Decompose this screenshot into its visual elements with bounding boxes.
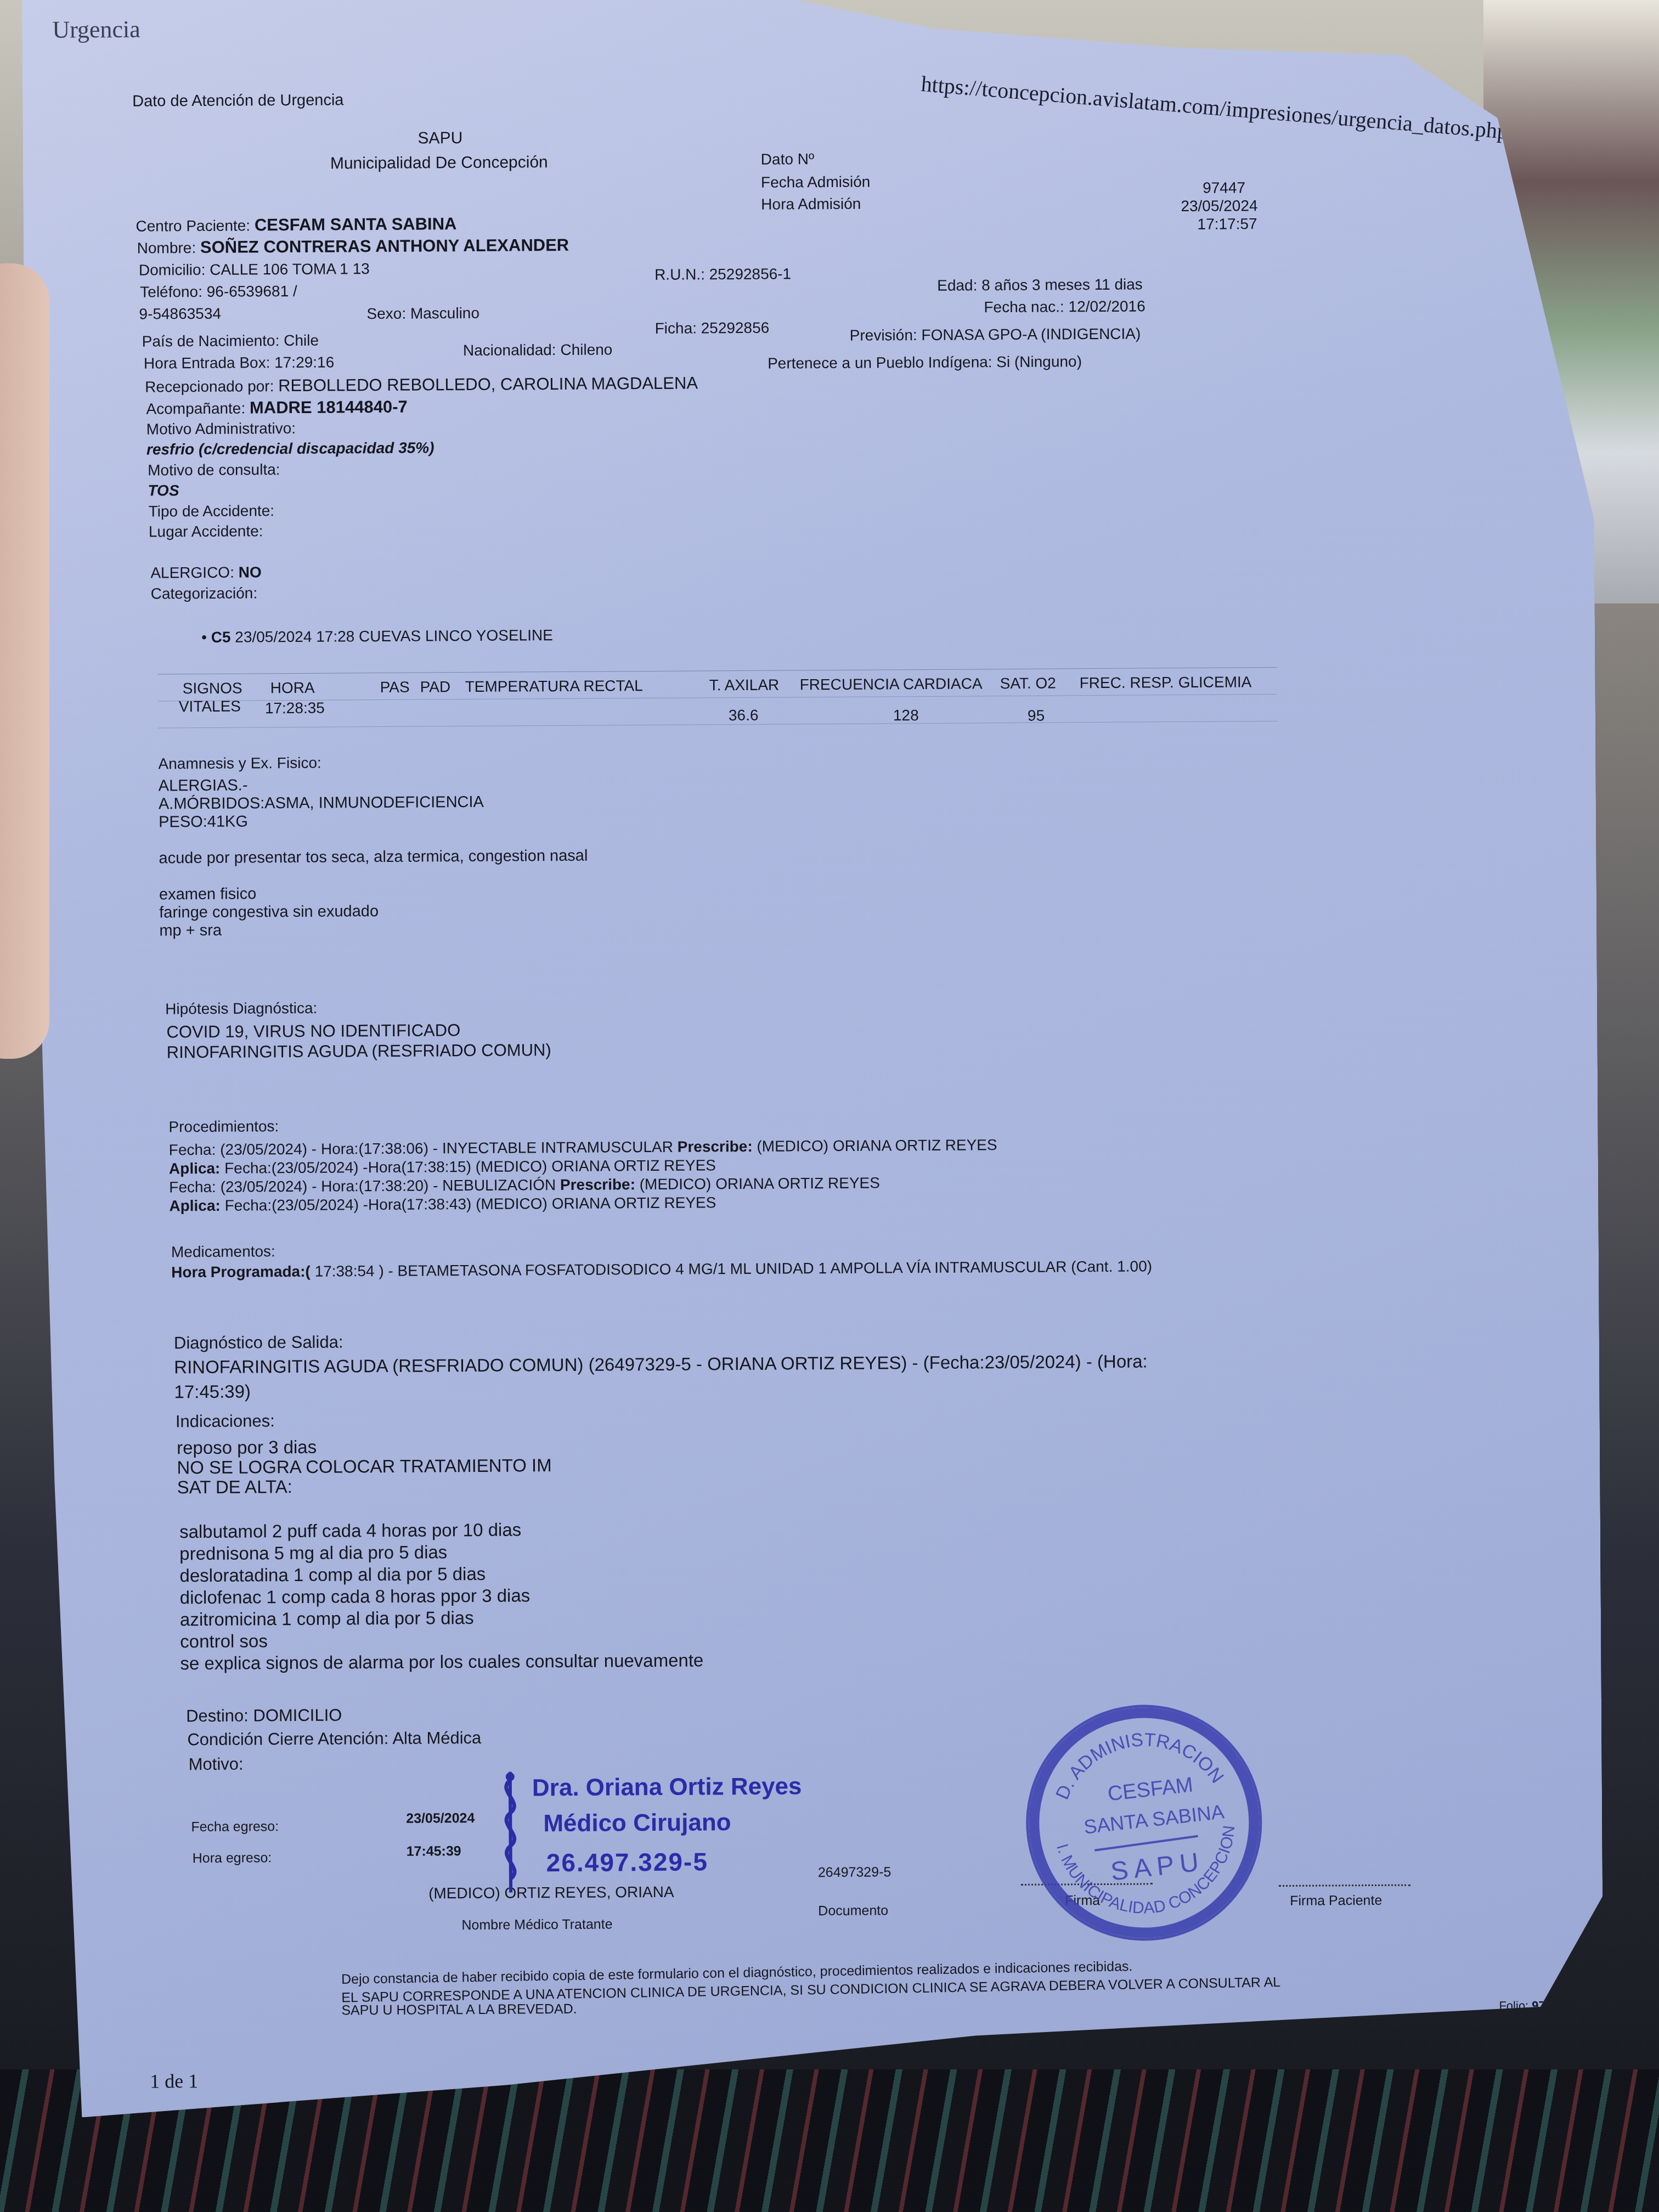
sexo-value: Masculino bbox=[410, 304, 479, 322]
text-line: mp + sra bbox=[159, 922, 222, 940]
firma-paciente-line bbox=[1279, 1884, 1410, 1887]
print-header-url: https://tconcepcion.avislatam.com/impres… bbox=[920, 71, 1509, 144]
text-line: faringe congestiva sin exudado bbox=[159, 902, 379, 922]
categorizacion-code: C5 bbox=[211, 629, 231, 646]
institution-name: SAPU bbox=[417, 129, 462, 148]
acompanante-value: MADRE 18144840-7 bbox=[250, 397, 408, 417]
motivo-consulta-value: TOS bbox=[148, 482, 179, 500]
pueblo-value: Si (Ninguno) bbox=[996, 353, 1082, 370]
sexo-label: Sexo: bbox=[366, 305, 406, 322]
hora-admision-label: Hora Admisión bbox=[761, 195, 861, 213]
text-line: prednisona 5 mg al dia pro 5 dias bbox=[179, 1542, 447, 1564]
centro-label: Centro Paciente: bbox=[136, 217, 250, 234]
categorizacion-item: • C5 23/05/2024 17:28 CUEVAS LINCO YOSEL… bbox=[201, 627, 553, 646]
vitals-col-pad: PAD bbox=[420, 678, 451, 696]
vitals-col-temp-rectal: TEMPERATURA RECTAL bbox=[465, 677, 643, 696]
print-header-title: Urgencia bbox=[52, 16, 140, 44]
text-line: PESO:41KG bbox=[159, 813, 248, 832]
vitals-col-sat-o2: SAT. O2 bbox=[1000, 675, 1056, 693]
text-line: A.MÓRBIDOS:ASMA, INMUNODEFICIENCIA bbox=[159, 793, 484, 814]
telefono-label: Teléfono: bbox=[140, 283, 202, 301]
dato-value: 97447 bbox=[1203, 179, 1245, 197]
text-line: diclofenac 1 comp cada 8 horas ppor 3 di… bbox=[180, 1585, 531, 1608]
fecha-nac-value: 12/02/2016 bbox=[1068, 298, 1145, 315]
emergency-report-sheet: Urgencia https://tconcepcion.avislatam.c… bbox=[22, 0, 1604, 2118]
recepcionado-value: REBOLLEDO REBOLLEDO, CAROLINA MAGDALENA bbox=[278, 373, 698, 395]
document-subtitle: Dato de Atención de Urgencia bbox=[132, 91, 344, 111]
recepcionado-label: Recepcionado por: bbox=[145, 377, 274, 395]
destino-value: DOMICILIO bbox=[253, 1705, 342, 1725]
pais-label: País de Nacimiento: bbox=[142, 332, 280, 350]
tipo-accidente-label: Tipo de Accidente: bbox=[149, 502, 275, 521]
prevision-value: FONASA GPO-A (INDIGENCIA) bbox=[921, 325, 1141, 343]
documento-value: 26497329-5 bbox=[818, 1864, 891, 1881]
page-indicator: 1 de 1 bbox=[150, 2070, 198, 2093]
anamnesis-label: Anamnesis y Ex. Fisico: bbox=[158, 754, 321, 773]
vitals-sat-o2: 95 bbox=[1028, 707, 1045, 725]
hipotesis-line-1: COVID 19, VIRUS NO IDENTIFICADO bbox=[166, 1020, 460, 1042]
procedimiento-line: Aplica: Fecha:(23/05/2024) -Hora(17:38:1… bbox=[169, 1156, 716, 1177]
hipotesis-line-2: RINOFARINGITIS AGUDA (RESFRIADO COMUN) bbox=[167, 1040, 551, 1062]
edad-value: 8 años 3 meses 11 dias bbox=[981, 276, 1143, 294]
firma-paciente-label: Firma Paciente bbox=[1290, 1893, 1382, 1909]
footer-line-3: SAPU U HOSPITAL A LA BREVEDAD. bbox=[341, 2001, 577, 2018]
run-value: 25292856-1 bbox=[709, 265, 792, 283]
text-line: reposo por 3 dias bbox=[177, 1437, 317, 1458]
fecha-nac-label: Fecha nac.: bbox=[984, 298, 1064, 315]
text-line: desloratadina 1 comp al dia por 5 dias bbox=[179, 1564, 486, 1586]
text-line: NO SE LOGRA COLOCAR TRATAMIENTO IM bbox=[177, 1455, 552, 1478]
print-timestamp: 23-05-2024, 17:44 bbox=[1447, 2034, 1611, 2060]
run-label: R.U.N.: bbox=[654, 266, 705, 283]
fecha-admision-label: Fecha Admisión bbox=[761, 173, 870, 191]
folio-label: Folio: bbox=[1499, 1999, 1528, 2012]
vitals-col-pas: PAS bbox=[380, 679, 410, 696]
text-line: se explica signos de alarma por los cual… bbox=[180, 1650, 703, 1674]
procedimiento-line: Aplica: Fecha:(23/05/2024) -Hora(17:38:4… bbox=[169, 1194, 716, 1215]
diagnostico-salida-label: Diagnóstico de Salida: bbox=[174, 1332, 343, 1353]
diagnostico-salida-line-2: 17:45:39) bbox=[174, 1381, 251, 1403]
acompanante-label: Acompañante: bbox=[146, 400, 245, 417]
alergico-label: ALERGICO: bbox=[150, 564, 234, 582]
vitals-col-signos: SIGNOS bbox=[183, 680, 242, 698]
caduceus-icon bbox=[494, 1769, 527, 1895]
folio-value: 97447 bbox=[1532, 1999, 1565, 2012]
nacionalidad-value: Chileno bbox=[560, 341, 612, 358]
cesfam-seal-stamp: D. ADMINISTRACION I. MUNICIPALIDAD CONCE… bbox=[1014, 1692, 1274, 1953]
text-line: salbutamol 2 puff cada 4 horas por 10 di… bbox=[179, 1519, 521, 1542]
motivo-consulta-label: Motivo de consulta: bbox=[148, 461, 280, 479]
medico-tratante-label: Nombre Médico Tratante bbox=[461, 1916, 612, 1933]
vitals-col-glicemia: GLICEMIA bbox=[1178, 673, 1252, 691]
domicilio-value: CALLE 106 TOMA 1 13 bbox=[210, 260, 370, 278]
text-line: examen fisico bbox=[159, 885, 257, 904]
fecha-egreso-label: Fecha egreso: bbox=[191, 1819, 279, 1835]
lugar-accidente-label: Lugar Accidente: bbox=[149, 522, 263, 540]
edad-label: Edad: bbox=[937, 276, 977, 294]
nacionalidad-label: Nacionalidad: bbox=[463, 341, 556, 359]
hora-box-value: 17:29:16 bbox=[274, 354, 334, 371]
vitals-t-axilar: 36.6 bbox=[729, 707, 759, 724]
categorizacion-text: 23/05/2024 17:28 CUEVAS LINCO YOSELINE bbox=[235, 627, 553, 646]
medicamentos-label: Medicamentos: bbox=[171, 1243, 275, 1261]
dato-label: Dato Nº bbox=[761, 150, 815, 168]
ficha-value: 25292856 bbox=[701, 319, 770, 337]
vital-signs-table: SIGNOS HORA PAS PAD TEMPERATURA RECTAL T… bbox=[158, 667, 1278, 728]
vitals-col-t-axilar: T. AXILAR bbox=[709, 676, 780, 695]
medicamento-line: Hora Programada:( 17:38:54 ) - BETAMETAS… bbox=[171, 1257, 1152, 1281]
ficha-label: Ficha: bbox=[655, 319, 697, 336]
hora-egreso-label: Hora egreso: bbox=[193, 1850, 272, 1866]
holding-thumb bbox=[0, 263, 49, 1059]
documento-label: Documento bbox=[818, 1903, 888, 1919]
condicion-label: Condición Cierre Atención: bbox=[187, 1729, 388, 1749]
hora-box-label: Hora Entrada Box: bbox=[144, 354, 270, 371]
vitals-hora: 17:28:35 bbox=[265, 699, 325, 718]
text-line: acude por presentar tos seca, alza termi… bbox=[159, 847, 588, 868]
hipotesis-label: Hipótesis Diagnóstica: bbox=[165, 1000, 317, 1018]
pueblo-label: Pertenece a un Pueblo Indígena: bbox=[768, 353, 992, 372]
text-line: SAT DE ALTA: bbox=[177, 1476, 292, 1498]
text-line: control sos bbox=[180, 1630, 268, 1652]
procedimiento-line: Fecha: (23/05/2024) - Hora:(17:38:20) - … bbox=[169, 1174, 880, 1196]
hora-egreso-value: 17:45:39 bbox=[407, 1843, 461, 1859]
doctor-stamp-rut: 26.497.329-5 bbox=[546, 1847, 708, 1877]
motivo-admin-label: Motivo Administrativo: bbox=[146, 420, 296, 438]
condicion-value: Alta Médica bbox=[392, 1728, 481, 1748]
doctor-stamp-title: Médico Cirujano bbox=[543, 1809, 731, 1838]
nombre-label: Nombre: bbox=[137, 239, 196, 257]
text-line: azitromicina 1 comp al dia por 5 dias bbox=[180, 1607, 474, 1630]
prevision-label: Previsión: bbox=[850, 326, 917, 344]
vitals-row-label: VITALES bbox=[179, 698, 241, 716]
hora-admision-value: 17:17:57 bbox=[1197, 215, 1257, 233]
vitals-col-hora: HORA bbox=[270, 679, 315, 697]
fecha-egreso-value: 23/05/2024 bbox=[406, 1810, 475, 1827]
doctor-stamp: Dra. Oriana Ortiz Reyes Médico Cirujano … bbox=[494, 1767, 802, 1895]
pais-value: Chile bbox=[284, 332, 319, 349]
alergico-value: NO bbox=[239, 563, 262, 580]
destino-label: Destino: bbox=[186, 1706, 249, 1726]
vitals-col-frec-cardiaca: FRECUENCIA CARDIACA bbox=[800, 675, 983, 693]
procedimiento-line: Fecha: (23/05/2024) - Hora:(17:38:06) - … bbox=[169, 1136, 997, 1159]
categorizacion-label: Categorización: bbox=[151, 584, 258, 602]
fecha-admision-value: 23/05/2024 bbox=[1181, 197, 1257, 215]
telefono-value-2: 9-54863534 bbox=[139, 305, 221, 323]
text-line: ALERGIAS.- bbox=[159, 777, 248, 795]
motivo-admin-value: resfrio (c/credencial discapacidad 35%) bbox=[146, 439, 435, 458]
domicilio-label: Domicilio: bbox=[139, 261, 206, 279]
diagnostico-salida-line-1: RINOFARINGITIS AGUDA (RESFRIADO COMUN) (… bbox=[174, 1351, 1148, 1378]
centro-value: CESFAM SANTA SABINA bbox=[255, 214, 457, 234]
procedimientos-label: Procedimientos: bbox=[168, 1118, 279, 1136]
doctor-stamp-name: Dra. Oriana Ortiz Reyes bbox=[532, 1773, 802, 1802]
motivo-label: Motivo: bbox=[189, 1754, 244, 1774]
telefono-value-1: 96-6539681 / bbox=[207, 283, 297, 300]
patient-name: SOÑEZ CONTRERAS ANTHONY ALEXANDER bbox=[200, 235, 569, 257]
indicaciones-label: Indicaciones: bbox=[176, 1411, 275, 1431]
vitals-col-frec-resp: FREC. RESP. bbox=[1080, 674, 1174, 692]
vitals-frec-cardiaca: 128 bbox=[893, 707, 919, 724]
municipality-name: Municipalidad De Concepción bbox=[330, 153, 548, 173]
